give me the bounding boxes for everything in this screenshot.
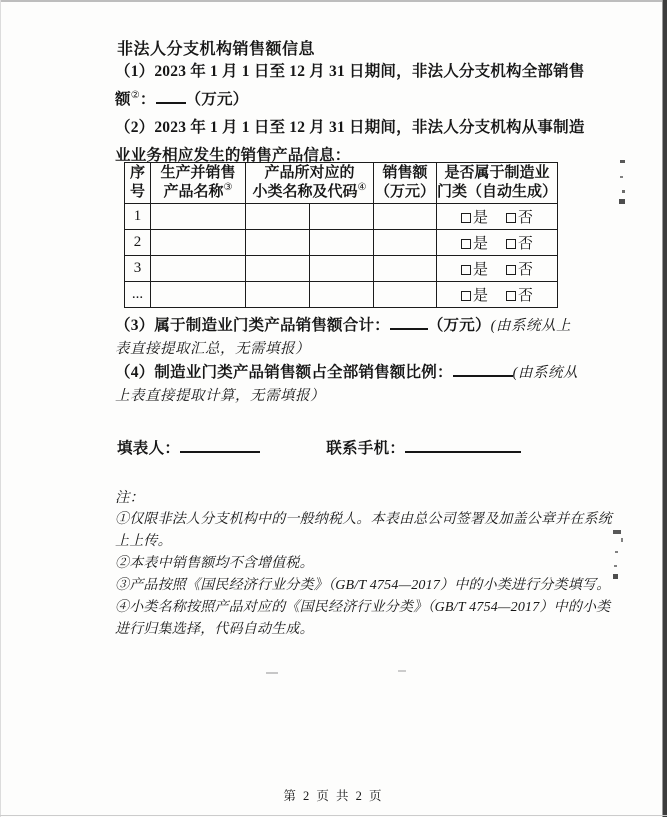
paragraph-1-colon: ： — [140, 91, 156, 108]
scan-smudge — [266, 672, 278, 674]
product-name-cell — [151, 204, 246, 230]
products-table: 序 号 生产并销售 产品名称③ 产品所对应的 小类名称及代码④ 销售额 （万元）… — [124, 162, 558, 308]
checkbox-yes-group: 是 — [461, 284, 488, 305]
item-4-note-part-1: (由系统从 — [513, 365, 578, 381]
product-name-cell — [151, 230, 246, 256]
checkbox-no-group: 否 — [506, 232, 533, 253]
scan-artifact — [614, 565, 617, 567]
manufacturing-choice-cell: 是否 — [437, 204, 558, 230]
note-3: ③产品按照《国民经济行业分类》（GB/T 4754—2017）中的小类进行分类填… — [115, 575, 612, 597]
note-2: ②本表中销售额均不含增值税。 — [115, 553, 612, 575]
note-4-line-1: ④小类名称按照产品对应的《国民经济行业分类》（GB/T 4754—2017）中的… — [115, 597, 612, 619]
paragraph-1-line-1: （1）2023 年 1 月 1 日至 12 月 31 日期间，非法人分支机构全部… — [115, 58, 585, 86]
header-sales-amount: 销售额 （万元） — [374, 163, 437, 204]
checkbox-yes-label: 是 — [473, 262, 488, 278]
page-edge-bottom — [0, 815, 667, 816]
filler-line: 填表人：联系手机： — [117, 436, 521, 458]
item-3-note-part-2: 表直接提取汇总，无需填报） — [115, 338, 578, 361]
sales-amount-cell — [374, 230, 437, 256]
item-3-note-part-1: (由系统从上 — [491, 318, 571, 334]
page-number: 第 2 页 共 2 页 — [0, 786, 667, 804]
contact-phone-blank-line — [405, 449, 521, 453]
category-name-cell — [246, 282, 310, 308]
checkbox-yes-icon — [461, 291, 471, 301]
page-edge-top — [0, 0, 667, 2]
manufacturing-choice-cell: 是否 — [437, 256, 558, 282]
scan-artifact — [620, 176, 623, 178]
sales-amount-cell — [374, 256, 437, 282]
row-number: 3 — [125, 256, 151, 282]
item-4-label: （4）制造业门类产品销售额占全部销售额比例： — [115, 364, 453, 381]
checkbox-yes-label: 是 — [473, 288, 488, 304]
items-3-4: （3）属于制造业门类产品销售额合计：（万元）(由系统从上 表直接提取汇总，无需填… — [115, 314, 578, 408]
checkbox-yes-label: 是 — [473, 236, 488, 252]
table-row: 3 是否 — [125, 256, 558, 282]
checkbox-no-label: 否 — [518, 262, 533, 278]
preparer-blank-line — [180, 449, 260, 453]
product-name-cell — [151, 282, 246, 308]
header-product-name: 生产并销售 产品名称③ — [151, 163, 246, 204]
header-product-name-text: 产品名称 — [164, 184, 224, 200]
manufacturing-choice-cell: 是否 — [437, 282, 558, 308]
header-is-manufacturing: 是否属于制造业 门类（自动生成） — [437, 163, 558, 204]
checkbox-no-icon — [506, 213, 516, 223]
sales-ratio-blank-line — [453, 373, 513, 377]
checkbox-yes-label: 是 — [473, 210, 488, 226]
page-edge-right — [663, 0, 667, 817]
checkbox-yes-group: 是 — [461, 232, 488, 253]
scan-artifact — [613, 530, 621, 534]
footnote-ref-4: ④ — [358, 182, 367, 193]
scan-artifact — [619, 199, 625, 204]
category-code-cell — [310, 256, 374, 282]
note-1-line-2: 上上传。 — [115, 531, 612, 553]
scan-artifact — [622, 190, 625, 193]
paragraph-1-line-2: 额②：（万元） — [115, 86, 585, 114]
checkbox-yes-icon — [461, 239, 471, 249]
checkbox-yes-icon — [461, 265, 471, 275]
checkbox-yes-icon — [461, 213, 471, 223]
notes-section: 注： ①仅限非法人分支机构中的一般纳税人。本表由总公司签署及加盖公章并在系统 上… — [115, 487, 612, 641]
paragraph-2-line-1: （2）2023 年 1 月 1 日至 12 月 31 日期间，非法人分支机构从事… — [115, 114, 585, 142]
item-4-line-1: （4）制造业门类产品销售额占全部销售额比例：(由系统从 — [115, 361, 578, 385]
item-3-label: （3）属于制造业门类产品销售额合计： — [115, 317, 390, 334]
paragraph-1-line-2-text: 额 — [115, 91, 131, 108]
row-number: 2 — [125, 230, 151, 256]
sales-amount-cell — [374, 282, 437, 308]
header-seq-no: 序 号 — [125, 163, 151, 204]
header-category-code: 产品所对应的 小类名称及代码④ — [246, 163, 374, 204]
checkbox-no-icon — [506, 265, 516, 275]
scan-artifact — [621, 538, 623, 542]
page-edge-left — [0, 0, 1, 817]
checkbox-no-icon — [506, 291, 516, 301]
footnote-ref-3: ③ — [224, 182, 233, 193]
category-name-cell — [246, 204, 310, 230]
scan-artifact — [620, 160, 625, 163]
document-page: 非法人分支机构销售额信息 （1）2023 年 1 月 1 日至 12 月 31 … — [0, 0, 667, 817]
scan-artifact — [613, 574, 618, 579]
table-row: 2 是否 — [125, 230, 558, 256]
contact-phone-label: 联系手机： — [326, 440, 405, 457]
preparer-label: 填表人： — [117, 440, 180, 457]
checkbox-no-icon — [506, 239, 516, 249]
category-code-cell — [310, 282, 374, 308]
row-number: ... — [125, 282, 151, 308]
checkbox-no-label: 否 — [518, 236, 533, 252]
checkbox-no-group: 否 — [506, 206, 533, 227]
category-code-cell — [310, 230, 374, 256]
notes-heading: 注： — [115, 487, 612, 509]
paragraph-1-unit: （万元） — [186, 91, 249, 108]
checkbox-no-label: 否 — [518, 288, 533, 304]
row-number: 1 — [125, 204, 151, 230]
manufacturing-choice-cell: 是否 — [437, 230, 558, 256]
paragraph-1: （1）2023 年 1 月 1 日至 12 月 31 日期间，非法人分支机构全部… — [115, 58, 585, 114]
item-3-unit: （万元） — [428, 317, 491, 334]
scan-artifact — [615, 551, 618, 553]
note-4-line-2: 进行归集选择，代码自动生成。 — [115, 619, 612, 641]
table-row: 1 是否 — [125, 204, 558, 230]
checkbox-yes-group: 是 — [461, 206, 488, 227]
checkbox-no-group: 否 — [506, 284, 533, 305]
category-name-cell — [246, 256, 310, 282]
category-code-cell — [310, 204, 374, 230]
table-header-row: 序 号 生产并销售 产品名称③ 产品所对应的 小类名称及代码④ 销售额 （万元）… — [125, 163, 558, 204]
footnote-ref-2: ② — [131, 90, 140, 101]
total-sales-blank-line — [156, 100, 186, 104]
category-name-cell — [246, 230, 310, 256]
checkbox-no-label: 否 — [518, 210, 533, 226]
item-4-note-part-2: 上表直接提取计算，无需填报） — [115, 385, 578, 408]
document-title: 非法人分支机构销售额信息 — [117, 36, 315, 59]
checkbox-no-group: 否 — [506, 258, 533, 279]
checkbox-yes-group: 是 — [461, 258, 488, 279]
note-1-line-1: ①仅限非法人分支机构中的一般纳税人。本表由总公司签署及加盖公章并在系统 — [115, 509, 612, 531]
header-category-code-text: 小类名称及代码 — [253, 184, 358, 200]
scan-smudge — [398, 670, 406, 672]
item-3-line-1: （3）属于制造业门类产品销售额合计：（万元）(由系统从上 — [115, 314, 578, 338]
product-name-cell — [151, 256, 246, 282]
table-row: ... 是否 — [125, 282, 558, 308]
manufacturing-total-blank-line — [390, 326, 428, 330]
page-edge-right-soft — [662, 0, 663, 817]
sales-amount-cell — [374, 204, 437, 230]
